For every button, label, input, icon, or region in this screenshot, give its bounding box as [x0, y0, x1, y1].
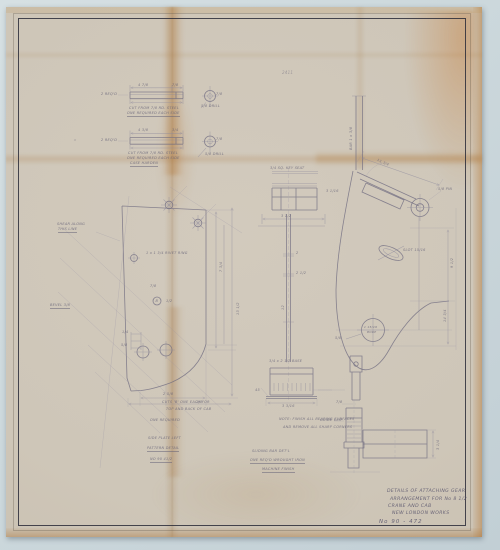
left-leader-note-2: THIS LINE	[58, 227, 77, 233]
pin-a-dim-main: 4 7/8	[138, 83, 148, 87]
left-note-row: TOP AND BACK OF CAB	[166, 407, 211, 411]
left-dim-half: 1/2	[166, 299, 172, 303]
center-head-dim: 3 1/2	[281, 214, 291, 218]
pin-b-drill-note: 5/8 DRILL	[205, 152, 224, 156]
center-bar-dim-b: 2 1/2	[296, 271, 306, 275]
left-note-row: SIDE PLATE LEFT	[148, 436, 181, 440]
right-side-note: GUIDE CLIP	[320, 418, 342, 422]
left-tag-b: B	[156, 299, 159, 303]
pin-a-note-2: ONE REQUIRED EACH SIDE	[127, 111, 180, 117]
pin-a-qty: 2 REQ'D	[101, 92, 117, 96]
center-bar-dim-a: 2	[296, 251, 298, 255]
title-line-1: DETAILS OF ATTACHING GEAR	[387, 489, 465, 494]
pin-b-note-1: CUT FROM 7/8 RD. STEEL	[128, 151, 178, 155]
right-slot-note: SLOT 15/16	[403, 248, 426, 252]
left-side-note: BEVEL 3/8	[50, 303, 70, 309]
corner-scribble: 2411	[282, 70, 293, 75]
right-leader-dim: 5/8	[335, 336, 341, 340]
left-note-row: NO 90 41/2	[150, 457, 172, 463]
left-note-row: ONE REQUIRED	[150, 418, 180, 422]
right-pivot-note: 5/8 PIN	[438, 187, 452, 191]
right-dim-b: 14 3/4	[443, 309, 447, 322]
center-note-row: NOTE: FINISH ALL BEARING SURFACES	[279, 417, 355, 421]
center-note-row: MACHINE FINISH	[262, 467, 295, 473]
center-note-row: ONE REQ'D WROUGHT IRON	[250, 458, 305, 464]
margin-tick: x	[74, 138, 76, 142]
left-dim-right-b: 13 1/2	[236, 302, 240, 315]
pin-a-dim-end: 7/8	[172, 83, 178, 87]
right-clamp-dim: 7/8	[336, 400, 342, 404]
center-note-row: SLIDING BAR DET'L	[252, 449, 290, 453]
left-note-row: CUTS 'B' ONE EACH FOR	[162, 400, 210, 404]
center-foot-angle: 45	[255, 388, 260, 392]
right-hub-dim: 1 15/16	[364, 325, 377, 329]
drawing-number: No 90 - 472	[379, 519, 423, 525]
center-foot-dim: 3 3/16	[282, 404, 295, 408]
right-box-dim: 3 1/4	[436, 440, 440, 450]
pin-b-dim-main: 4 3/8	[138, 128, 148, 132]
pin-a-note-1: CUT FROM 7/8 RD. STEEL	[129, 106, 179, 110]
pin-a-end-dim: 7/8	[216, 92, 222, 96]
photo-of-drawing: 2411 x 2 REQ'D 4 7/8 7/8 CUT FROM 7/8 RD…	[0, 0, 500, 550]
right-stem-label: BAR 1 x 3/8	[349, 127, 353, 150]
left-leader-note-1: SHEAR ALONG	[57, 222, 85, 226]
pin-b-note-3: CASE HARDEN	[130, 161, 158, 167]
left-dim-left-b: 5/8	[121, 343, 127, 347]
left-ring-note: 1 x 1 3/4 RIVET RING	[146, 251, 188, 255]
center-head-note: 3/4 SQ. KEY SEAT	[270, 166, 304, 170]
pin-b-dim-end: 3/4	[172, 128, 178, 132]
pin-a-drill-note: 5/8 DRILL	[201, 104, 220, 108]
left-note-row: PATTERN DETAIL	[147, 446, 179, 452]
left-dim-right-a: 7 3/4	[219, 262, 223, 272]
left-plate-view	[58, 186, 242, 468]
center-foot-note: 3/4 x 2 1/2 BASE	[269, 359, 302, 363]
center-note-row: AND REMOVE ALL SHARP CORNERS	[283, 425, 352, 429]
left-dim-bottom-a: 2 5/8	[163, 392, 173, 396]
pin-b-note-2: ONE REQUIRED EACH SIDE	[127, 156, 180, 160]
pencil-linework	[0, 0, 500, 550]
pin-b-qty: 2 REQ'D	[101, 138, 117, 142]
pin-b-end-dim: 7/8	[216, 137, 222, 141]
title-line-3: CRANE AND CAB	[388, 504, 432, 509]
title-line-2: ARRANGEMENT FOR No 8 1/2	[390, 497, 467, 502]
left-dim-left-a: 1/4	[122, 330, 128, 334]
right-angle-label: 3 1/16	[326, 189, 339, 193]
center-bar-dim-c: 12	[281, 305, 285, 310]
title-line-4: NEW LONDON WORKS	[392, 511, 450, 516]
left-dim-78: 7/8	[150, 284, 156, 288]
right-hub-note: BORE	[367, 330, 376, 334]
right-dim-a: 9 1/2	[450, 258, 454, 268]
center-bar-view	[258, 168, 345, 406]
